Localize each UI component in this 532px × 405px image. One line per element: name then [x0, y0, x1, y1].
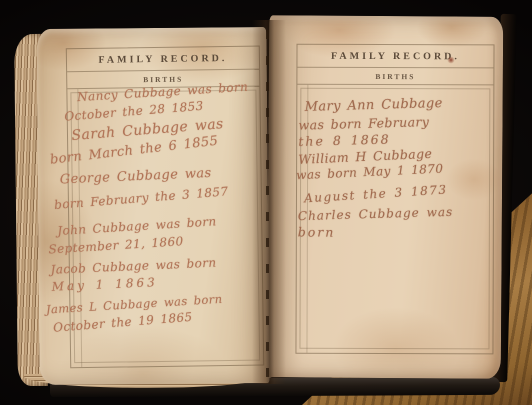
binding-stitch-line: [266, 30, 269, 378]
left-page: FAMILY RECORD. BIRTHS Nancy Cubbage was …: [36, 27, 269, 385]
photo-open-family-record-book: FAMILY RECORD. BIRTHS Nancy Cubbage was …: [0, 0, 532, 405]
birth-entry-line: the 8 1868: [298, 131, 391, 149]
birth-entry-line: born: [298, 224, 336, 239]
right-page-births-label: BIRTHS: [297, 68, 493, 86]
right-page: FAMILY RECORD. BIRTHS Mary Ann Cubbage w…: [267, 15, 504, 379]
book-gutter-shadow: [252, 20, 286, 384]
left-page-title: FAMILY RECORD.: [67, 47, 259, 73]
right-page-title: FAMILY RECORD.: [297, 45, 493, 69]
